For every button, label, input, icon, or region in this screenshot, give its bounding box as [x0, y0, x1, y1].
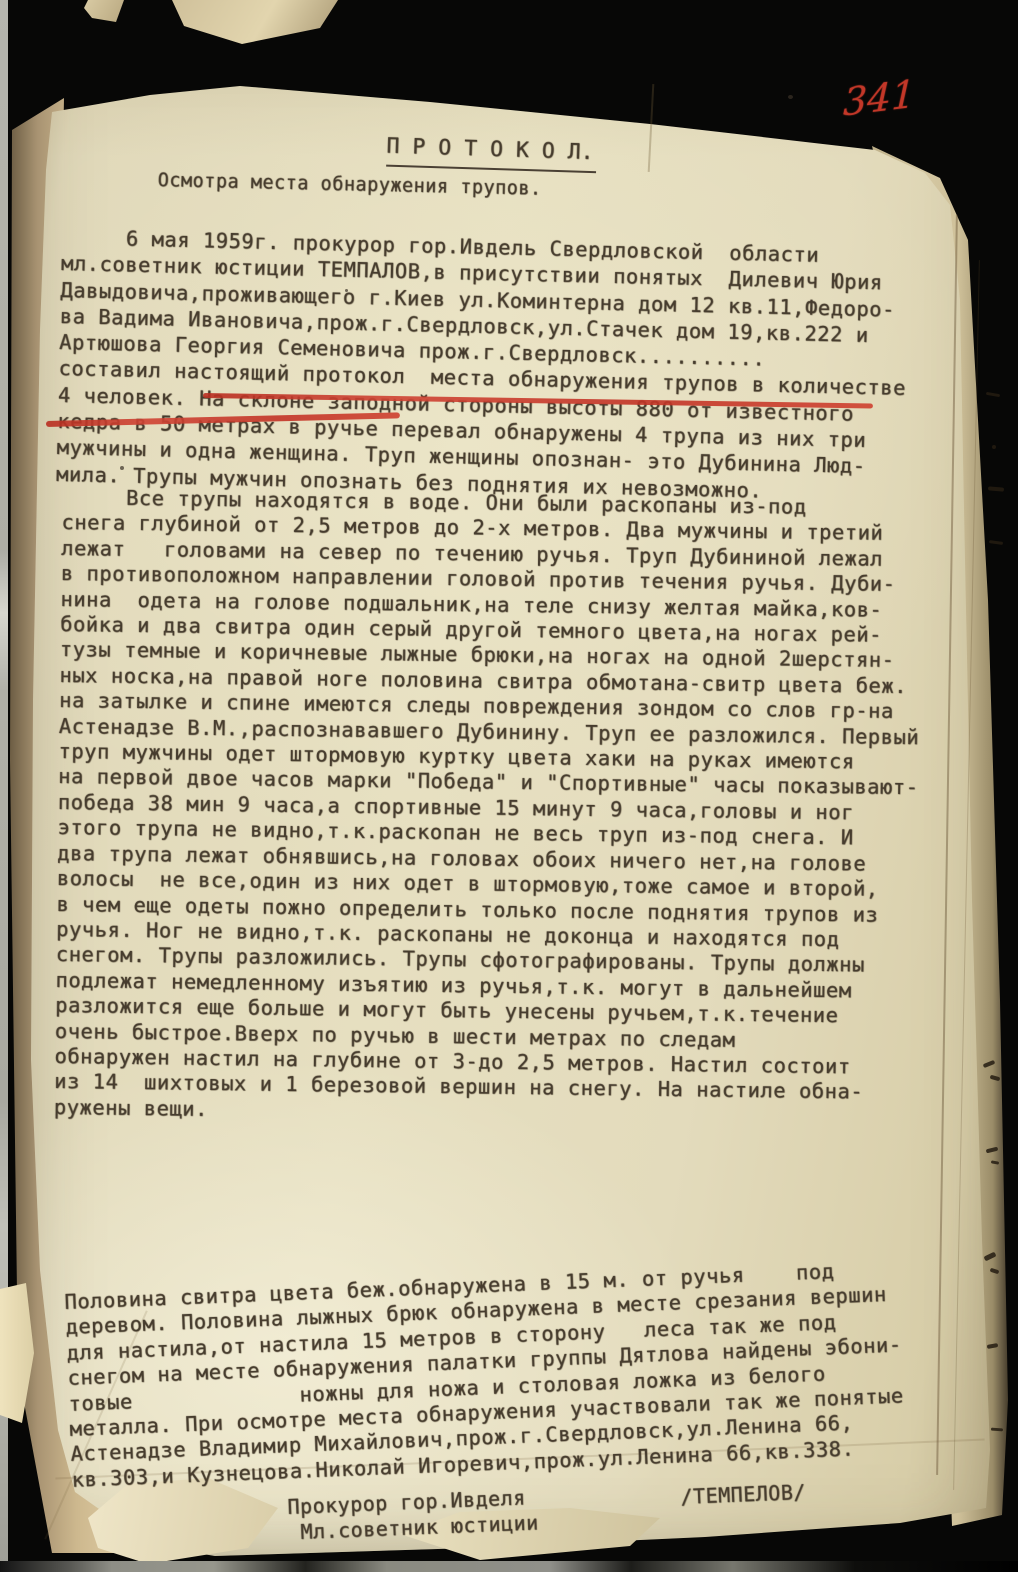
paragraph-bodies-description: Все трупы находятся в воде. Они были рас… [54, 485, 923, 1131]
paper-speck [120, 466, 124, 470]
margin-pen-mark [986, 392, 1000, 397]
signature-templov: /ТЕМПЕЛОВ/ [680, 1479, 806, 1510]
paper-fragment [84, 0, 124, 26]
paper-speck [788, 95, 793, 99]
paper-speck [345, 289, 348, 292]
paragraph-intro: 6 мая 1959г. прокурор гор.Ивдель Свердло… [56, 224, 910, 507]
photo-of-document: П Р О Т О К О Л. Осмотра места обнаружен… [0, 0, 1018, 1572]
margin-pen-mark [989, 540, 1003, 545]
margin-pen-mark [988, 486, 1004, 491]
paper-fragment [170, 0, 338, 44]
margin-pen-mark [992, 445, 996, 449]
handwritten-page-number: 341 [842, 71, 916, 124]
bottom-page-edges-strip [0, 1561, 1018, 1572]
protocol-title-text: П Р О Т О К О Л. [386, 134, 597, 173]
paragraph-findings: Половина свитра цвета беж.обнаружена в 1… [64, 1257, 906, 1494]
